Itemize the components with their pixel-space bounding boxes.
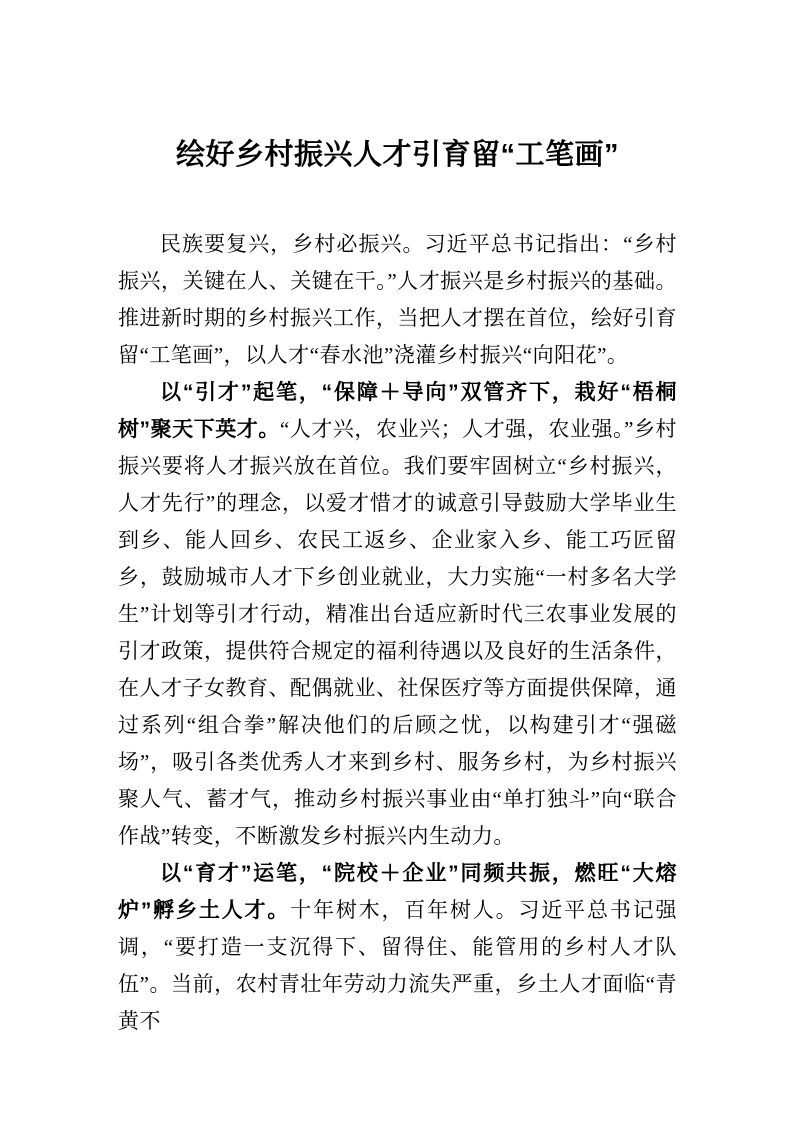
paragraph: 民族要复兴，乡村必振兴。习近平总书记指出：“乡村振兴，关键在人、关键在干。”人才…	[118, 226, 677, 374]
document-content: 绘好乡村振兴人才引育留“工笔画” 民族要复兴，乡村必振兴。习近平总书记指出：“乡…	[0, 0, 793, 1040]
paragraph: 以“育才”运笔，“院校＋企业”同频共振，燃旺“大熔炉”孵乡土人才。十年树木，百年…	[118, 855, 677, 1040]
paragraph-text: “人才兴，农业兴；人才强，农业强。”乡村振兴要将人才振兴放在首位。我们要牢固树立…	[118, 417, 677, 848]
paragraph-text: 民族要复兴，乡村必振兴。习近平总书记指出：“乡村振兴，关键在人、关键在干。”人才…	[118, 232, 677, 367]
document-body: 民族要复兴，乡村必振兴。习近平总书记指出：“乡村振兴，关键在人、关键在干。”人才…	[118, 226, 677, 1040]
document-page: 绘好乡村振兴人才引育留“工笔画” 民族要复兴，乡村必振兴。习近平总书记指出：“乡…	[0, 0, 793, 1122]
paragraph: 以“引才”起笔，“保障＋导向”双管齐下，栽好“梧桐树”聚天下英才。“人才兴，农业…	[118, 374, 677, 855]
document-title: 绘好乡村振兴人才引育留“工笔画”	[118, 138, 677, 172]
